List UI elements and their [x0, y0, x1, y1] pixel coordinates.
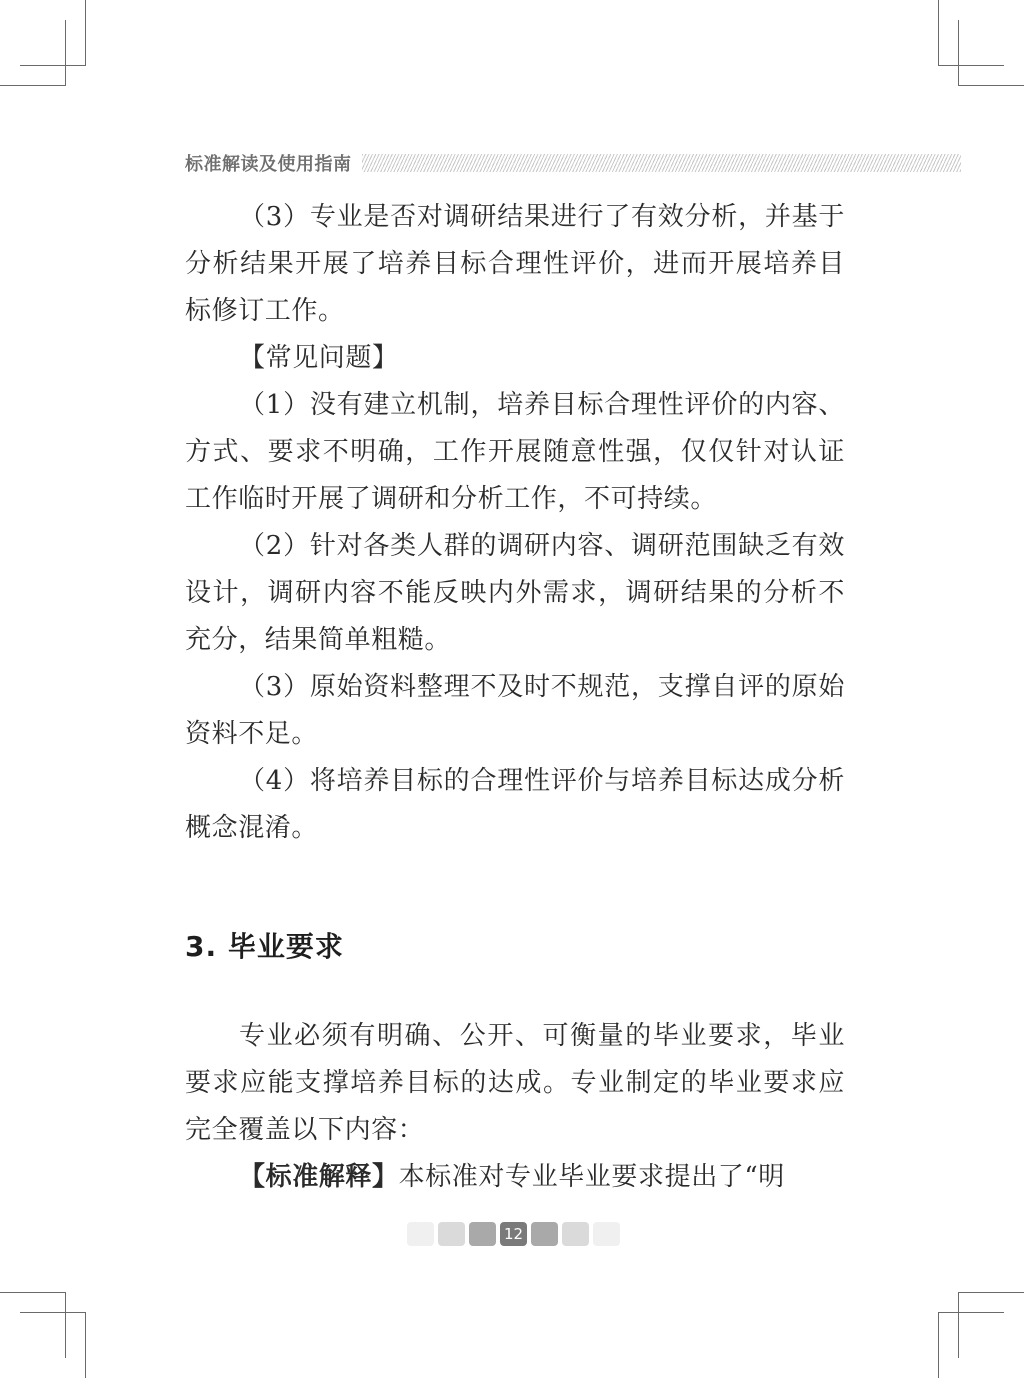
- section-heading: 3. 毕业要求: [185, 925, 344, 965]
- issue-item-1: （1）没有建立机制，培养目标合理性评价的内容、方式、要求不明确，工作开展随意性强…: [185, 382, 845, 523]
- pager-box: [438, 1222, 465, 1246]
- issue-item-3: （3）原始资料整理不及时不规范，支撑自评的原始资料不足。: [185, 664, 845, 758]
- running-header-title: 标准解读及使用指南: [185, 150, 352, 176]
- pager-box: [407, 1222, 434, 1246]
- crop-mark: [85, 0, 86, 65]
- crop-mark: [65, 1292, 66, 1358]
- crop-mark: [958, 85, 1024, 86]
- hatch-rule: [362, 154, 962, 172]
- issue-item-2: （2）针对各类人群的调研内容、调研范围缺乏有效设计，调研内容不能反映内外需求，调…: [185, 523, 845, 664]
- pager-box: [593, 1222, 620, 1246]
- crop-mark: [958, 1292, 959, 1358]
- paragraph-item-3: （3）专业是否对调研结果进行了有效分析，并基于分析结果开展了培养目标合理性评价，…: [185, 194, 845, 335]
- crop-mark: [20, 65, 86, 66]
- crop-mark: [938, 1312, 1004, 1313]
- pager-box: [562, 1222, 589, 1246]
- interpretation-paragraph: 【标准解释】本标准对专业毕业要求提出了“明: [185, 1154, 845, 1201]
- pager-box: [469, 1222, 496, 1246]
- crop-mark: [958, 1292, 1024, 1293]
- page-number: 12: [500, 1222, 527, 1246]
- crop-mark: [938, 0, 939, 65]
- issue-item-4: （4）将培养目标的合理性评价与培养目标达成分析概念混淆。: [185, 758, 845, 852]
- crop-mark: [65, 20, 66, 86]
- crop-mark: [85, 1312, 86, 1378]
- crop-mark: [20, 1312, 86, 1313]
- crop-mark: [958, 20, 959, 86]
- body-text-upper: （3）专业是否对调研结果进行了有效分析，并基于分析结果开展了培养目标合理性评价，…: [185, 194, 845, 852]
- section-paragraph: 专业必须有明确、公开、可衡量的毕业要求，毕业要求应能支撑培养目标的达成。专业制定…: [185, 1013, 845, 1154]
- interpretation-text: 本标准对专业毕业要求提出了“明: [399, 1162, 785, 1192]
- crop-mark: [0, 85, 66, 86]
- interpretation-label: 【标准解释】: [239, 1162, 399, 1192]
- pager-box: [531, 1222, 558, 1246]
- common-issues-heading: 【常见问题】: [185, 335, 845, 382]
- crop-mark: [938, 65, 1004, 66]
- crop-mark: [938, 1312, 939, 1378]
- crop-mark: [0, 1292, 66, 1293]
- body-text-lower: 专业必须有明确、公开、可衡量的毕业要求，毕业要求应能支撑培养目标的达成。专业制定…: [185, 1013, 845, 1201]
- page-number-strip: 12: [407, 1222, 620, 1246]
- running-header: 标准解读及使用指南: [185, 150, 961, 176]
